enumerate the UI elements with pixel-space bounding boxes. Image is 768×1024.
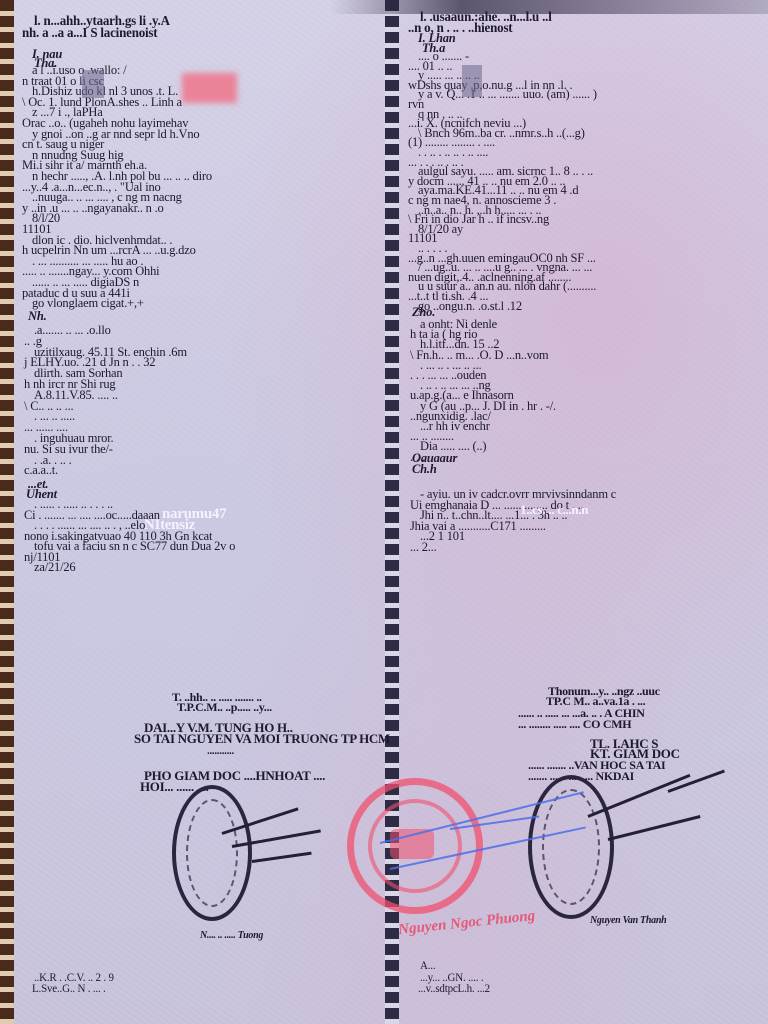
text-line: tofu vai a faciu sn n c SC77 dun Dua 2v …: [34, 540, 235, 554]
right-signature-stroke: [608, 815, 701, 841]
text-line: .a....... .. ... .o.llo: [34, 324, 111, 338]
text-line: go vlonglaem cigat.+,+: [32, 297, 144, 311]
text-line: y a v. Q... .1 .. ... ....... uuo. (am) …: [418, 88, 597, 102]
left-signature-stroke: [252, 852, 312, 863]
left-sign-place: T.P.C.M.. ..p..... ..y...: [177, 700, 272, 715]
left-section2-title: Nh.: [28, 310, 47, 324]
text-line: ... 2...: [410, 540, 437, 554]
left-sign-role: ...........: [207, 745, 234, 757]
overlay-text-2: NItensiz: [144, 517, 195, 534]
overlay-text-right: 1..cs. .. c...n.n: [520, 502, 588, 518]
right-official-stamp: [528, 775, 614, 919]
right-sign-title2: ... ........ ..... .... CO CMH: [518, 717, 631, 732]
left-sign-title2: SO TAI NGUYEN VA MOI TRUONG TP HCM: [134, 731, 390, 747]
left-header-line-2: nh. a ..a a...I S lacinenoist: [22, 26, 157, 40]
redacted-box: [82, 70, 104, 98]
redacted-box: [462, 65, 482, 97]
left-signer-name: N.... .. ..... Tuong: [200, 930, 263, 941]
text-line: za/21/26: [34, 561, 75, 575]
right-section3-sub: Ch.h: [412, 463, 437, 477]
red-official-seal: [347, 778, 483, 914]
left-footer-line-2: L.Sve..G.. N . ... .: [32, 983, 106, 997]
left-official-stamp: [172, 785, 252, 921]
left-page: l. n...ahh..ytaarh.gs li .y.A nh. a ..a …: [22, 0, 378, 1024]
right-signer-name: Nguyen Van Thanh: [590, 915, 666, 926]
red-highlight-mark: [182, 73, 237, 103]
right-footer-line-3: ...v..sdtpcL.h. ...2: [418, 983, 490, 997]
left-binding-edge: [0, 0, 14, 1024]
